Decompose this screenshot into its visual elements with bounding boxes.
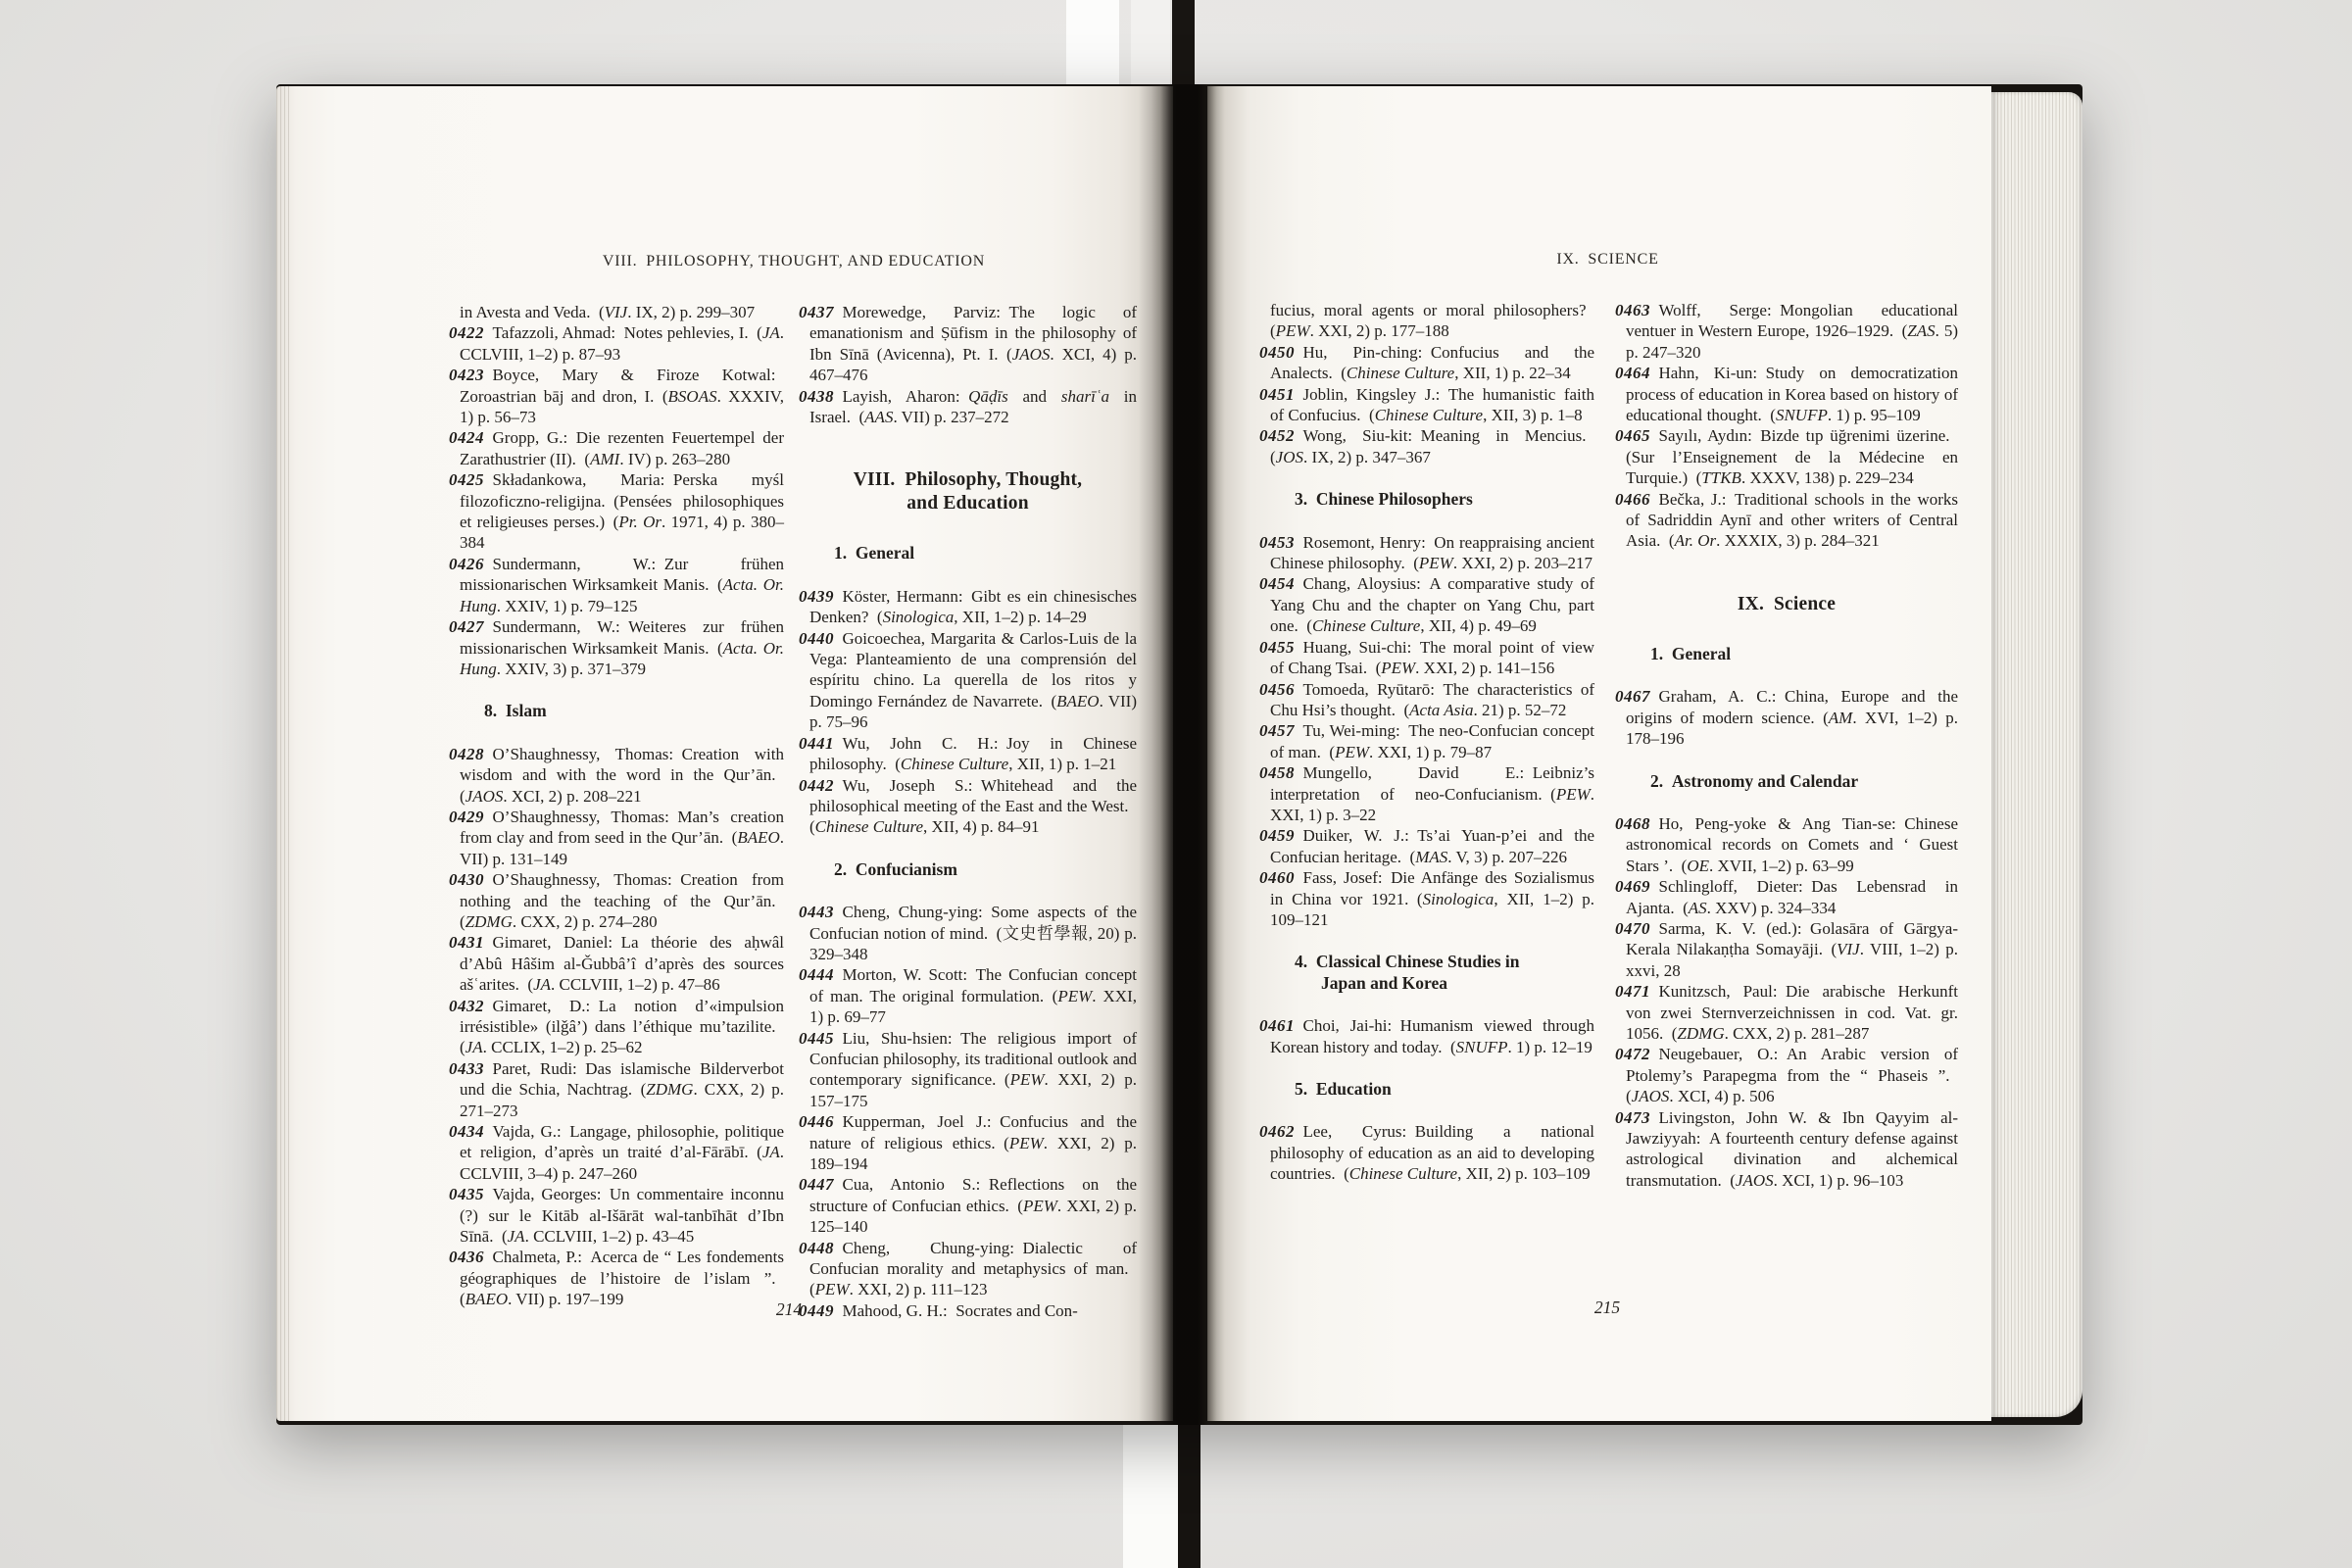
- bibliography-entry: 0427 Sundermann, W.: Weiteres zur frühen…: [449, 616, 784, 679]
- bibliography-entry: 0458 Mungello, David E.: Leibniz’s inter…: [1259, 762, 1594, 825]
- bibliography-entry: 0439 Köster, Hermann: Gibt es ein chines…: [799, 586, 1137, 628]
- bibliography-entry: 0444 Morton, W. Scott: The Confucian con…: [799, 964, 1137, 1027]
- bibliography-entry: 0460 Fass, Josef: Die Anfänge des Sozial…: [1259, 867, 1594, 930]
- entry-number: 0470: [1615, 919, 1650, 938]
- section-heading: 5. Education: [1295, 1079, 1594, 1100]
- bibliography-entry: 0454 Chang, Aloysius: A comparative stud…: [1259, 573, 1594, 636]
- entry-number: 0471: [1615, 982, 1650, 1001]
- entry-number: 0444: [799, 965, 834, 984]
- right-page-number: 215: [1558, 1298, 1656, 1318]
- entry-number: 0450: [1259, 343, 1295, 362]
- bibliography-entry: 0467 Graham, A. C.: China, Europe and th…: [1615, 686, 1958, 749]
- entry-number: 0468: [1615, 814, 1650, 833]
- open-book: VIII. PHILOSOPHY, THOUGHT, AND EDUCATION…: [276, 84, 2082, 1425]
- bibliography-entry: 0449 Mahood, G. H.: Socrates and Con-: [799, 1300, 1137, 1321]
- bibliography-entry: 0470 Sarma, K. V. (ed.): Golasāra of Gār…: [1615, 918, 1958, 981]
- right-column-2: 0463 Wolff, Serge: Mongolian educational…: [1615, 300, 1958, 1191]
- bibliography-entry: 0455 Huang, Sui-chi: The moral point of …: [1259, 637, 1594, 679]
- entry-number: 0460: [1259, 868, 1295, 887]
- entry-number: 0422: [449, 323, 484, 342]
- bibliography-entry: 0464 Hahn, Ki-un: Study on democratizati…: [1615, 363, 1958, 425]
- entry-number: 0424: [449, 428, 484, 447]
- bibliography-entry: 0423 Boyce, Mary & Firoze Kotwal: Zoroas…: [449, 365, 784, 427]
- bibliography-entry: 0431 Gimaret, Daniel: La théorie des aḥw…: [449, 932, 784, 995]
- bibliography-entry: 0434 Vajda, G.: Langage, philosophie, po…: [449, 1121, 784, 1184]
- entry-continuation: fucius, moral agents or moral philosophe…: [1259, 300, 1594, 342]
- entry-number: 0443: [799, 903, 834, 921]
- left-page: VIII. PHILOSOPHY, THOUGHT, AND EDUCATION…: [276, 86, 1173, 1421]
- bibliography-entry: 0448 Cheng, Chung-ying: Dialectic of Con…: [799, 1238, 1137, 1300]
- section-heading: 1. General: [1650, 644, 1958, 664]
- entry-number: 0446: [799, 1112, 834, 1131]
- entry-number: 0428: [449, 745, 484, 763]
- entry-number: 0469: [1615, 877, 1650, 896]
- bibliography-entry: 0422 Tafazzoli, Ahmad: Notes pehlevies, …: [449, 322, 784, 365]
- bibliography-entry: 0424 Gropp, G.: Die rezenten Feuertempel…: [449, 427, 784, 469]
- bibliography-entry: 0435 Vajda, Georges: Un commentaire inco…: [449, 1184, 784, 1247]
- bibliography-entry: 0436 Chalmeta, P.: Acerca de “ Les fonde…: [449, 1247, 784, 1309]
- entry-number: 0472: [1615, 1045, 1650, 1063]
- bibliography-entry: 0430 O’Shaughnessy, Thomas: Creation fro…: [449, 869, 784, 932]
- entry-number: 0440: [799, 629, 834, 648]
- bibliography-entry: 0465 Sayılı, Aydın: Bizde tıp üğrenimi ü…: [1615, 425, 1958, 488]
- bibliography-entry: 0428 O’Shaughnessy, Thomas: Creation wit…: [449, 744, 784, 807]
- entry-number: 0458: [1259, 763, 1295, 782]
- entry-number: 0436: [449, 1248, 484, 1266]
- section-heading: 1. General: [834, 543, 1137, 563]
- entry-number: 0437: [799, 303, 834, 321]
- bibliography-entry: 0461 Choi, Jai-hi: Humanism viewed throu…: [1259, 1015, 1594, 1057]
- entry-number: 0459: [1259, 826, 1295, 845]
- entry-number: 0429: [449, 808, 484, 826]
- entry-number: 0442: [799, 776, 834, 795]
- entry-number: 0473: [1615, 1108, 1650, 1127]
- entry-number: 0432: [449, 997, 484, 1015]
- bibliography-entry: 0445 Liu, Shu-hsien: The religious impor…: [799, 1028, 1137, 1112]
- entry-number: 0433: [449, 1059, 484, 1078]
- entry-number: 0431: [449, 933, 484, 952]
- bibliography-entry: 0443 Cheng, Chung-ying: Some aspects of …: [799, 902, 1137, 964]
- bibliography-entry: 0426 Sundermann, W.: Zur frühen missiona…: [449, 554, 784, 616]
- bibliography-entry: 0471 Kunitzsch, Paul: Die arabische Herk…: [1615, 981, 1958, 1044]
- bibliography-entry: 0442 Wu, Joseph S.: Whitehead and the ph…: [799, 775, 1137, 838]
- entry-number: 0434: [449, 1122, 484, 1141]
- bibliography-entry: 0438 Layish, Aharon: Qāḍīs and sharīʿa i…: [799, 386, 1137, 428]
- entry-number: 0462: [1259, 1122, 1295, 1141]
- bibliography-entry: 0473 Livingston, John W. & Ibn Qayyim al…: [1615, 1107, 1958, 1192]
- bibliography-entry: 0429 O’Shaughnessy, Thomas: Man’s creati…: [449, 807, 784, 869]
- bibliography-entry: 0451 Joblin, Kingsley J.: The humanistic…: [1259, 384, 1594, 426]
- bibliography-entry: 0472 Neugebauer, O.: An Arabic version o…: [1615, 1044, 1958, 1106]
- bibliography-entry: 0462 Lee, Cyrus: Building a national phi…: [1259, 1121, 1594, 1184]
- background-strip-bottom-white: [1123, 1409, 1178, 1568]
- section-heading: 2. Astronomy and Calendar: [1650, 771, 1958, 792]
- bibliography-entry: 0432 Gimaret, D.: La notion d’«impulsion…: [449, 996, 784, 1058]
- background-strip-top-light: [1131, 0, 1170, 92]
- entry-number: 0447: [799, 1175, 834, 1194]
- entry-number: 0456: [1259, 680, 1295, 699]
- entry-continuation: in Avesta and Veda. (VIJ. IX, 2) p. 299–…: [449, 302, 784, 322]
- bibliography-entry: 0457 Tu, Wei-ming: The neo-Confucian con…: [1259, 720, 1594, 762]
- entry-number: 0425: [449, 470, 484, 489]
- bibliography-entry: 0452 Wong, Siu-kit: Meaning in Mencius. …: [1259, 425, 1594, 467]
- entry-number: 0465: [1615, 426, 1650, 445]
- section-heading: 4. Classical Chinese Studies inJapan and…: [1295, 952, 1594, 994]
- entry-number: 0464: [1615, 364, 1650, 382]
- entry-number: 0454: [1259, 574, 1295, 593]
- right-running-head: IX. SCIENCE: [1259, 251, 1956, 269]
- page-edges-stack: [1991, 92, 2082, 1417]
- left-page-number: 214: [740, 1299, 838, 1320]
- entry-number: 0452: [1259, 426, 1295, 445]
- entry-number: 0426: [449, 555, 484, 573]
- entry-number: 0453: [1259, 533, 1295, 552]
- entry-number: 0451: [1259, 385, 1295, 404]
- left-column-2: 0437 Morewedge, Parviz: The logic of ema…: [799, 302, 1137, 1321]
- entry-number: 0457: [1259, 721, 1295, 740]
- section-heading: 2. Confucianism: [834, 859, 1137, 880]
- section-heading: 3. Chinese Philosophers: [1295, 489, 1594, 510]
- bibliography-entry: 0441 Wu, John C. H.: Joy in Chinese phil…: [799, 733, 1137, 775]
- bibliography-entry: 0440 Goicoechea, Margarita & Carlos-Luis…: [799, 628, 1137, 733]
- entry-number: 0455: [1259, 638, 1295, 657]
- entry-number: 0430: [449, 870, 484, 889]
- entry-number: 0467: [1615, 687, 1650, 706]
- bibliography-entry: 0456 Tomoeda, Ryūtarō: The characteristi…: [1259, 679, 1594, 721]
- bibliography-entry: 0447 Cua, Antonio S.: Reflections on the…: [799, 1174, 1137, 1237]
- entry-number: 0427: [449, 617, 484, 636]
- entry-number: 0466: [1615, 490, 1650, 509]
- background-strip-bottom-dark: [1178, 1409, 1200, 1568]
- entry-number: 0435: [449, 1185, 484, 1203]
- bibliography-entry: 0450 Hu, Pin-ching: Confucius and the An…: [1259, 342, 1594, 384]
- chapter-heading: IX. Science: [1615, 593, 1958, 616]
- chapter-heading: VIII. Philosophy, Thought,and Education: [799, 468, 1137, 515]
- entry-number: 0463: [1615, 301, 1650, 319]
- bibliography-entry: 0433 Paret, Rudi: Das islamische Bilderv…: [449, 1058, 784, 1121]
- entry-number: 0441: [799, 734, 834, 753]
- bibliography-entry: 0468 Ho, Peng-yoke & Ang Tian-se: Chines…: [1615, 813, 1958, 876]
- section-heading: 8. Islam: [484, 701, 784, 721]
- entry-number: 0438: [799, 387, 834, 406]
- entry-number: 0439: [799, 587, 834, 606]
- bibliography-entry: 0425 Składankowa, Maria: Perska myśl fil…: [449, 469, 784, 554]
- entry-number: 0445: [799, 1029, 834, 1048]
- entry-number: 0461: [1259, 1016, 1295, 1035]
- bibliography-entry: 0463 Wolff, Serge: Mongolian educational…: [1615, 300, 1958, 363]
- entry-number: 0448: [799, 1239, 834, 1257]
- bibliography-entry: 0446 Kupperman, Joel J.: Confucius and t…: [799, 1111, 1137, 1174]
- entry-number: 0423: [449, 366, 484, 384]
- left-column-1: in Avesta and Veda. (VIJ. IX, 2) p. 299–…: [449, 302, 784, 1310]
- left-running-head: VIII. PHILOSOPHY, THOUGHT, AND EDUCATION: [451, 253, 1137, 270]
- bibliography-entry: 0469 Schlingloff, Dieter: Das Lebensrad …: [1615, 876, 1958, 918]
- background-strip-top-white: [1066, 0, 1119, 94]
- right-page: IX. SCIENCE fucius, moral agents or mora…: [1207, 86, 1991, 1421]
- bibliography-entry: 0466 Bečka, J.: Traditional schools in t…: [1615, 489, 1958, 552]
- bibliography-entry: 0453 Rosemont, Henry: On reappraising an…: [1259, 532, 1594, 574]
- right-column-1: fucius, moral agents or moral philosophe…: [1259, 300, 1594, 1185]
- bibliography-entry: 0437 Morewedge, Parviz: The logic of ema…: [799, 302, 1137, 386]
- bibliography-entry: 0459 Duiker, W. J.: Ts’ai Yuan-p’ei and …: [1259, 825, 1594, 867]
